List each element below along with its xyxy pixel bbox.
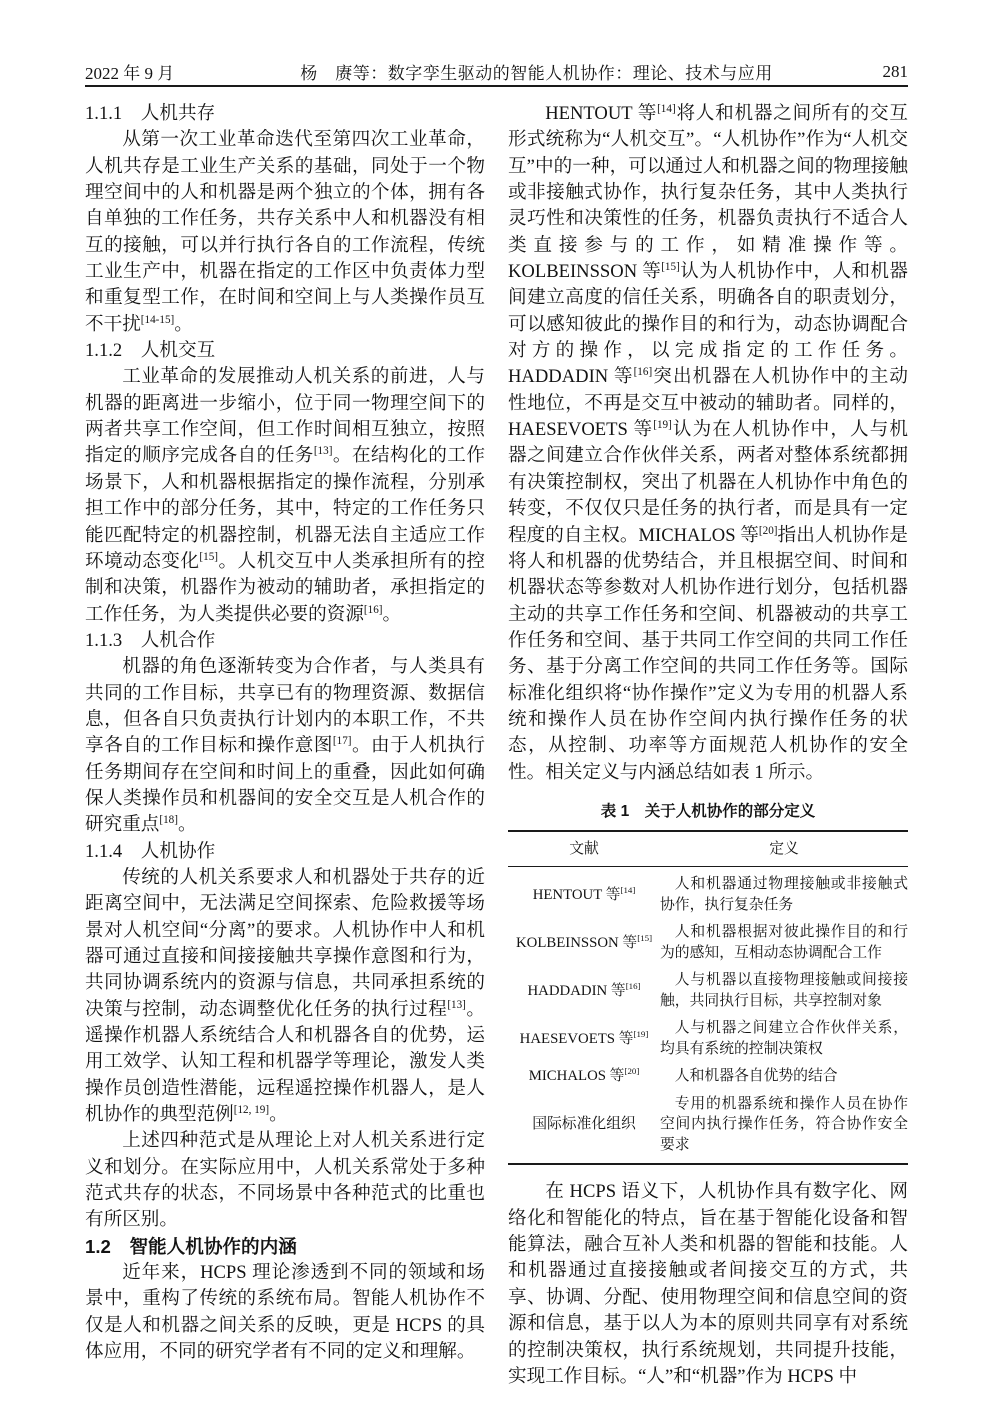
text-segment: HENTOUT 等 bbox=[545, 103, 657, 124]
cell-definition: 人与机器以直接物理接触或间接接触，共同执行目标，共享控制对象 bbox=[660, 967, 908, 1015]
citation-ref: [17] bbox=[333, 735, 352, 747]
reference-name: MICHALOS 等 bbox=[529, 1068, 625, 1084]
paragraph-summary: 上述四种范式是从理论上对人机关系进行定义和划分。在实际应用中，人机关系常处于多种… bbox=[85, 1128, 485, 1233]
citation-ref: [16] bbox=[634, 366, 653, 378]
cell-reference: KOLBEINSSON 等[15] bbox=[508, 919, 660, 967]
right-column: HENTOUT 等[14]将人和机器之间所有的交互形式统称为“人机交互”。“人机… bbox=[508, 101, 908, 1390]
paragraph-definitions: HENTOUT 等[14]将人和机器之间所有的交互形式统称为“人机交互”。“人机… bbox=[508, 101, 908, 786]
citation-ref: [19] bbox=[634, 1029, 649, 1039]
citation-ref: [15] bbox=[661, 261, 680, 273]
section-heading-1-1-4: 1.1.4 人机协作 bbox=[85, 839, 485, 865]
table-1-caption: 表 1 关于人机协作的部分定义 bbox=[508, 802, 908, 822]
column-header-reference: 文献 bbox=[508, 831, 660, 867]
section-heading-1-1-3: 1.1.3 人机合作 bbox=[85, 628, 485, 654]
text-segment: 。 bbox=[269, 1104, 288, 1125]
definitions-table-body: HENTOUT 等[14]人和机器通过物理接触或非接触式协作，执行复杂任务KOL… bbox=[508, 867, 908, 1165]
cell-reference: HENTOUT 等[14] bbox=[508, 867, 660, 919]
reference-name: HADDADIN 等 bbox=[527, 983, 625, 999]
left-column: 1.1.1 人机共存 从第一次工业革命迭代至第四次工业革命，人机共存是工业生产关… bbox=[85, 101, 485, 1390]
header-page-number: 281 bbox=[818, 62, 908, 82]
table-row: MICHALOS 等[20]人和机器各自优势的结合 bbox=[508, 1063, 908, 1091]
text-segment: 。 bbox=[178, 814, 197, 835]
definitions-table-head: 文献 定义 bbox=[508, 831, 908, 867]
cell-reference: HAESEVOETS 等[19] bbox=[508, 1015, 660, 1063]
citation-ref: [20] bbox=[624, 1067, 639, 1077]
text-segment: 将人和机器之间所有的交互形式统称为“人机交互”。“人机协作”作为“人机交互”中的… bbox=[508, 103, 908, 282]
table-row: 国际标准化组织专用的机器系统和操作人员在协作空间内执行操作任务，符合协作安全要求 bbox=[508, 1090, 908, 1164]
citation-ref: [12, 19] bbox=[234, 1104, 269, 1116]
reference-name: HAESEVOETS 等 bbox=[520, 1031, 634, 1047]
paragraph-hcps-intro: 近年来，HCPS 理论渗透到不同的领域和场景中，重构了传统的系统布局。智能人机协… bbox=[85, 1260, 485, 1365]
reference-name: 国际标准化组织 bbox=[532, 1116, 636, 1132]
cell-definition: 专用的机器系统和操作人员在协作空间内执行操作任务，符合协作安全要求 bbox=[660, 1090, 908, 1164]
table-row: HENTOUT 等[14]人和机器通过物理接触或非接触式协作，执行复杂任务 bbox=[508, 867, 908, 919]
section-heading-1-1-2: 1.1.2 人机交互 bbox=[85, 338, 485, 364]
cell-definition: 人和机器根据对彼此操作目的和行为的感知，互相动态协调配合工作 bbox=[660, 919, 908, 967]
section-heading-1-2: 1.2 智能人机协作的内涵 bbox=[85, 1234, 485, 1260]
cell-reference: 国际标准化组织 bbox=[508, 1090, 660, 1164]
paragraph-cooperation: 机器的角色逐渐转变为合作者，与人类具有共同的工作目标，共享已有的物理资源、数据信… bbox=[85, 654, 485, 838]
reference-name: KOLBEINSSON 等 bbox=[516, 935, 637, 951]
reference-name: HENTOUT 等 bbox=[533, 887, 621, 903]
text-segment: 传统的人机关系要求人和机器处于共存的近距离空间中，无法满足空间探索、危险救援等场… bbox=[85, 867, 485, 1020]
text-segment: 。 bbox=[383, 604, 402, 625]
citation-ref: [20] bbox=[759, 524, 778, 536]
citation-ref: [14] bbox=[621, 885, 636, 895]
cell-reference: MICHALOS 等[20] bbox=[508, 1063, 660, 1091]
paragraph-interaction: 工业革命的发展推动人机关系的前进，人与机器的距离进一步缩小，位于同一物理空间下的… bbox=[85, 364, 485, 627]
table-row: HAESEVOETS 等[19]人与机器之间建立合作伙伴关系，均具有系统的控制决… bbox=[508, 1015, 908, 1063]
page-content: 1.1.1 人机共存 从第一次工业革命迭代至第四次工业革命，人机共存是工业生产关… bbox=[85, 101, 908, 1390]
text-segment: 指出人机协作是将人和机器的优势结合，并且根据空间、时间和机器状态等参数对人机协作… bbox=[508, 525, 908, 783]
cell-definition: 人和机器通过物理接触或非接触式协作，执行复杂任务 bbox=[660, 867, 908, 919]
citation-ref: [16] bbox=[364, 603, 383, 615]
cell-definition: 人与机器之间建立合作伙伴关系，均具有系统的控制决策权 bbox=[660, 1015, 908, 1063]
citation-ref: [19] bbox=[653, 419, 672, 431]
citation-ref: [18] bbox=[159, 814, 178, 826]
cell-definition: 人和机器各自优势的结合 bbox=[660, 1063, 908, 1091]
citation-ref: [15] bbox=[199, 551, 218, 563]
citation-ref: [14-15] bbox=[141, 314, 174, 326]
journal-page: 2022 年 9 月 杨 赓等：数字孪生驱动的智能人机协作：理论、技术与应用 2… bbox=[0, 0, 992, 1403]
citation-ref: [15] bbox=[637, 933, 652, 943]
table-row: KOLBEINSSON 等[15]人和机器根据对彼此操作目的和行为的感知，互相动… bbox=[508, 919, 908, 967]
running-header: 2022 年 9 月 杨 赓等：数字孪生驱动的智能人机协作：理论、技术与应用 2… bbox=[85, 58, 908, 87]
citation-ref: [13] bbox=[447, 999, 466, 1011]
table-header-row: 文献 定义 bbox=[508, 831, 908, 867]
citation-ref: [14] bbox=[657, 103, 676, 115]
text-segment: 。 bbox=[174, 314, 193, 335]
table-row: HADDADIN 等[16]人与机器以直接物理接触或间接接触，共同执行目标，共享… bbox=[508, 967, 908, 1015]
text-segment: 从第一次工业革命迭代至第四次工业革命，人机共存是工业生产关系的基础，同处于一个物… bbox=[85, 129, 485, 334]
column-header-definition: 定义 bbox=[660, 831, 908, 867]
paragraph-coexistence: 从第一次工业革命迭代至第四次工业革命，人机共存是工业生产关系的基础，同处于一个物… bbox=[85, 127, 485, 338]
cell-reference: HADDADIN 等[16] bbox=[508, 967, 660, 1015]
paragraph-collaboration: 传统的人机关系要求人和机器处于共存的近距离空间中，无法满足空间探索、危险救援等场… bbox=[85, 865, 485, 1128]
definitions-table: 文献 定义 HENTOUT 等[14]人和机器通过物理接触或非接触式协作，执行复… bbox=[508, 830, 908, 1166]
citation-ref: [16] bbox=[626, 981, 641, 991]
header-date: 2022 年 9 月 bbox=[85, 59, 255, 84]
section-heading-1-1-1: 1.1.1 人机共存 bbox=[85, 101, 485, 127]
citation-ref: [13] bbox=[314, 445, 333, 457]
header-title: 杨 赓等：数字孪生驱动的智能人机协作：理论、技术与应用 bbox=[255, 59, 818, 84]
paragraph-hcps-semantics: 在 HCPS 语义下，人机协作具有数字化、网络化和智能化的特点，旨在基于智能化设… bbox=[508, 1179, 908, 1390]
